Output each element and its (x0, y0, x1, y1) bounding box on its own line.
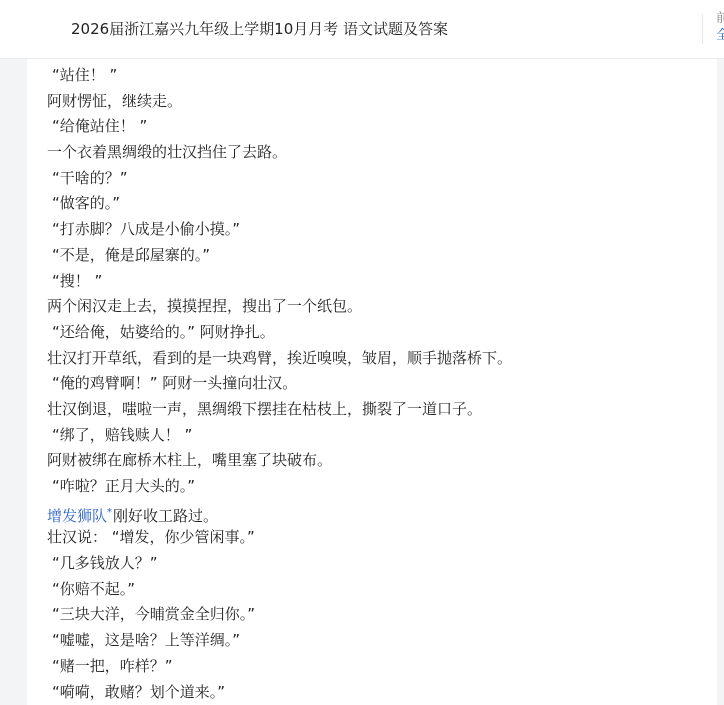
side-action-button[interactable]: 前 全 (716, 10, 724, 44)
text-line-with-link: 增发狮队*刚好收工路过。 (47, 500, 707, 526)
text-line: 壮汉倒退，嗤啦一声，黑绸缎下摆挂在枯枝上，撕裂了一道口子。 (47, 397, 707, 423)
text-line: 阿财愣怔，继续走。 (47, 89, 707, 115)
document-title: 2026届浙江嘉兴九年级上学期10月月考 语文试题及答案 (71, 18, 448, 40)
text-line: “做客的。” (47, 191, 707, 217)
text-line: 两个闲汉走上去，摸摸捏捏，搜出了一个纸包。 (47, 294, 707, 320)
text-line: “你赔不起。” (47, 577, 707, 603)
document-header: 2026届浙江嘉兴九年级上学期10月月考 语文试题及答案 前 全 (0, 0, 724, 59)
line-rest: 刚好收工路过。 (113, 507, 218, 525)
text-line: 壮汉说： “增发，你少管闲事。” (47, 525, 707, 551)
text-line: “打赤脚？八成是小偷小摸。” (47, 217, 707, 243)
footnote-marker[interactable]: * (107, 507, 112, 518)
side-button-label-1: 前 (716, 10, 724, 27)
header-divider (702, 14, 703, 44)
document-body: “站住！ ” 阿财愣怔，继续走。 “给俺站住！ ” 一个衣着黑绸缎的壮汉挡住了去… (47, 63, 707, 705)
text-line: 阿财被绑在廊桥木柱上，嘴里塞了块破布。 (47, 448, 707, 474)
text-line: “还给俺，姑婆给的。” 阿财挣扎。 (47, 320, 707, 346)
text-line: “三块大洋，今晡赏金全归你。” (47, 602, 707, 628)
text-line: “搜！ ” (47, 269, 707, 295)
lion-team-link[interactable]: 增发狮队 (47, 507, 107, 525)
text-line: “给俺站住！ ” (47, 114, 707, 140)
text-line: “不是，俺是邱屋寨的。” (47, 243, 707, 269)
text-line: “绑了，赔钱赎人！ ” (47, 423, 707, 449)
text-line: “几多钱放人？” (47, 551, 707, 577)
text-line: “嗬嗬，敢赌？划个道来。” (47, 680, 707, 705)
text-line: “俺的鸡臂啊！” 阿财一头撞向壮汉。 (47, 371, 707, 397)
text-line: “咋啦？正月大头的。” (47, 474, 707, 500)
text-line: “干啥的？” (47, 166, 707, 192)
text-line: “赌一把，咋样？” (47, 654, 707, 680)
left-gutter (0, 59, 27, 705)
right-gutter (717, 59, 724, 705)
text-line: “嘘嘘，这是啥？上等洋绸。” (47, 628, 707, 654)
text-line: 壮汉打开草纸，看到的是一块鸡臂，挨近嗅嗅，皱眉，顺手抛落桥下。 (47, 346, 707, 372)
side-button-label-2: 全 (716, 27, 724, 44)
document-page: “站住！ ” 阿财愣怔，继续走。 “给俺站住！ ” 一个衣着黑绸缎的壮汉挡住了去… (27, 59, 717, 705)
text-line: “站住！ ” (47, 63, 707, 89)
text-line: 一个衣着黑绸缎的壮汉挡住了去路。 (47, 140, 707, 166)
